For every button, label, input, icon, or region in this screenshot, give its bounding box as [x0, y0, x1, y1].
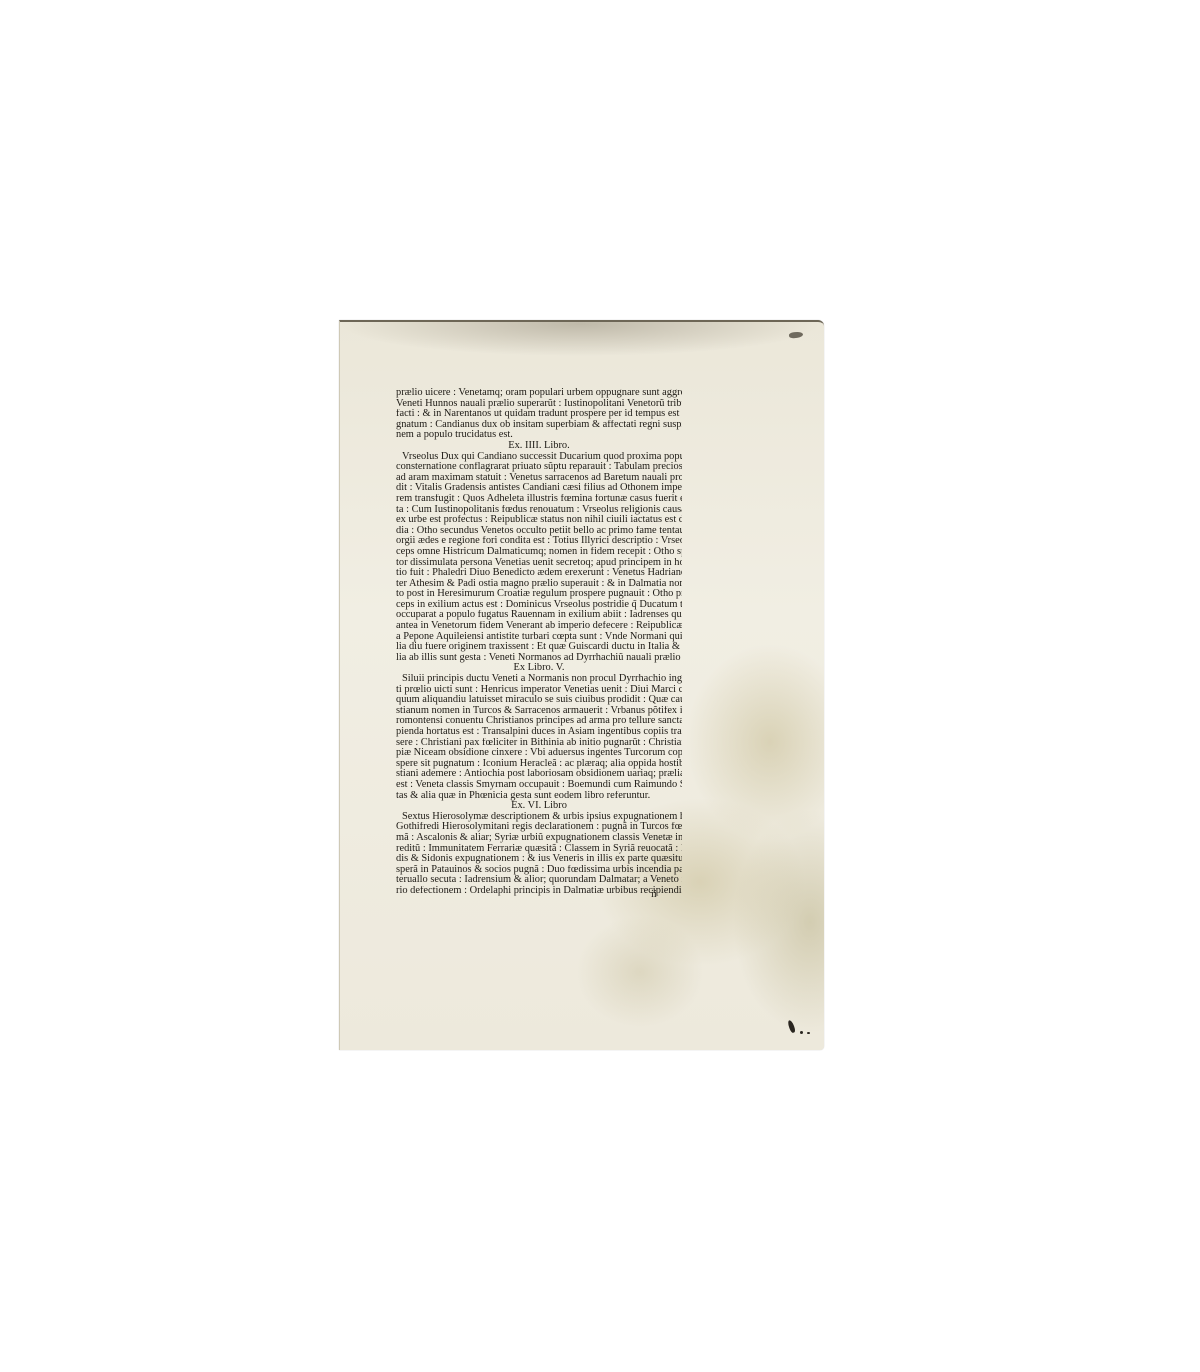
ink-blot-bottom-right — [787, 1020, 796, 1034]
text-line: ta : Cum Iustinopolitanis fœdus renouatu… — [396, 505, 682, 516]
text-line: ceps in exilium actus est : Dominicus Vr… — [396, 600, 682, 611]
text-line: consternatione conflagrarat priuato sũpt… — [396, 462, 682, 473]
text-line: antea in Venetorum fidem Venerant ab imp… — [396, 621, 682, 632]
text-line: Sextus Hierosolymæ descriptionem & urbis… — [396, 812, 682, 823]
text-line: pienda hortatus est : Transalpini duces … — [396, 727, 682, 738]
text-line: rio defectionem : Ordelaphi principis in… — [396, 886, 682, 897]
section-heading: Ex. IIII. Libro. — [396, 441, 682, 452]
text-line: occuparat a populo fugatus Rauennam in e… — [396, 610, 682, 621]
text-line: Veneti Hunnos nauali prælio superarũt : … — [396, 399, 682, 410]
signature-mark: ii — [651, 889, 657, 900]
section-liber-5: Ex Libro. V. Siluii principis ductu Vene… — [396, 663, 682, 801]
section-heading: Ex Libro. V. — [396, 663, 682, 674]
text-line: to post in Heresimurum Croatiæ regulum p… — [396, 589, 682, 600]
text-line: stianum nomen in Turcos & Sarracenos arm… — [396, 706, 682, 717]
ink-dot — [807, 1032, 810, 1034]
manuscript-page: prælio uicere : Venetamq; oram populari … — [339, 320, 824, 1050]
text-line: ti prœlio uicti sunt : Henricus imperato… — [396, 685, 682, 696]
text-line: sere : Christiani pax fœliciter in Bithi… — [396, 738, 682, 749]
text-line: rem transfugit : Quos Adheleta illustris… — [396, 494, 682, 505]
text-line: quum aliquandiu latuisset miraculo se su… — [396, 695, 682, 706]
text-line: a Pepone Aquileiensi antistite turbari c… — [396, 632, 682, 643]
ink-dot — [800, 1031, 803, 1034]
ink-blot-top-right — [789, 331, 804, 339]
text-line: facti : & in Narentanos ut quidam tradun… — [396, 409, 682, 420]
text-line: ceps omne Histricum Dalmaticumq; nomen i… — [396, 547, 682, 558]
text-line: Siluii principis ductu Veneti a Normanis… — [396, 674, 682, 685]
text-line: ter Athesim & Padi ostia magno prælio su… — [396, 579, 682, 590]
text-line: orgii ædes e regione fori condita est : … — [396, 536, 682, 547]
section-liber-6: Ex. VI. Libro Sextus Hierosolymæ descrip… — [396, 801, 682, 896]
section-1: prælio uicere : Venetamq; oram populari … — [396, 388, 682, 441]
text-line: ex urbe est profectus : Reipublicæ statu… — [396, 515, 682, 526]
section-liber-4: Ex. IIII. Libro. Vrseolus Dux qui Candia… — [396, 441, 682, 663]
text-line: dia : Otho secundus Venetos occulto peti… — [396, 526, 682, 537]
text-line: lia diu fuere originem traxissent : Et q… — [396, 642, 682, 653]
text-line: tor dissimulata persona Venetias uenit s… — [396, 558, 682, 569]
text-line: sperã in Patauinos & socios pugnã : Duo … — [396, 865, 682, 876]
printed-text-block: prælio uicere : Venetamq; oram populari … — [396, 388, 682, 897]
text-line: dit : Vitalis Gradensis antistes Candian… — [396, 483, 682, 494]
text-line: tio fuit : Phaledri Diuo Benedicto ædem … — [396, 568, 682, 579]
text-line: dis & Sidonis expugnationem : & ius Vene… — [396, 854, 682, 865]
section-heading: Ex. VI. Libro — [396, 801, 682, 812]
text-line: gnatum : Candianus dux ob insitam superb… — [396, 420, 682, 431]
text-line: est : Veneta classis Smyrnam occupauit :… — [396, 780, 682, 791]
text-line: Gothifredi Hierosolymitani regis declara… — [396, 822, 682, 833]
text-line: mã : Ascalonis & aliar; Syriæ urbiũ expu… — [396, 833, 682, 844]
text-line: stiani ademere : Antiochia post laborios… — [396, 769, 682, 780]
text-line: teruallo secuta : Iadrensium & alior; qu… — [396, 875, 682, 886]
text-line: spere sit pugnatum : Iconium Heracleã : … — [396, 759, 682, 770]
text-line: prælio uicere : Venetamq; oram populari … — [396, 388, 682, 399]
text-line: piæ Niceam obsidione cinxere : Vbi aduer… — [396, 748, 682, 759]
text-line: romontensi conuentu Christianos principe… — [396, 716, 682, 727]
text-line: Vrseolus Dux qui Candiano successit Duca… — [396, 452, 682, 463]
text-line: ad aram maximam statuit : Venetus sarrac… — [396, 473, 682, 484]
text-line: reditũ : Immunitatem Ferrariæ quæsitã : … — [396, 844, 682, 855]
